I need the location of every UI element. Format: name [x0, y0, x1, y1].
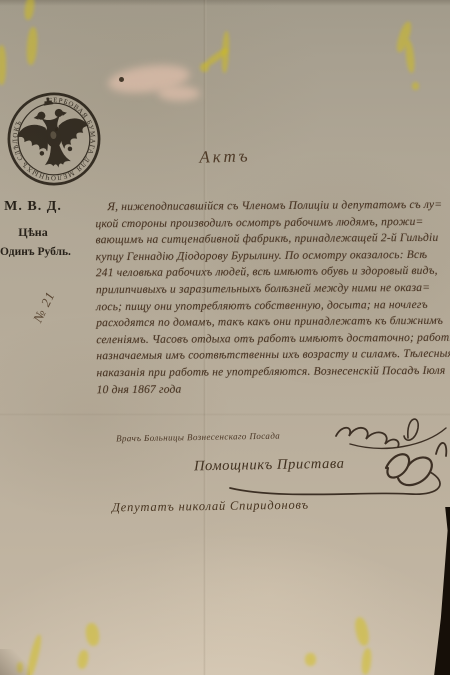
ink-speck	[119, 77, 124, 82]
paper-top-shadow	[0, 0, 450, 6]
highlight-mark	[305, 653, 316, 666]
body-text: Я, нижеподписавшійся съ Членомъ Полиціи …	[95, 197, 440, 399]
highlight-mark	[200, 63, 209, 72]
document-photo: ГЕРБОВАЯ БУМАГА ДЛЯ МЕЛОЧНЫХЪ СДѢЛОКЪ М.…	[0, 0, 450, 675]
ink-speck	[55, 128, 58, 131]
agency-abbreviation: М. В. Д.	[4, 199, 62, 215]
signature-flourishes	[200, 408, 450, 505]
assistant-signature-flourish	[386, 454, 432, 485]
document-title: Актъ	[160, 145, 290, 168]
body-line: вающимъ на ситценабивной фабрикѣ, принад…	[96, 230, 440, 249]
bottom-left-shadow	[0, 649, 30, 675]
imperial-seal-stamp: ГЕРБОВАЯ БУМАГА ДЛЯ МЕЛОЧНЫХЪ СДѢЛОКЪ	[0, 83, 110, 195]
doctor-signature-flourish	[336, 428, 399, 447]
body-line: Я, нижеподписавшійся съ Членомъ Полиціи …	[95, 197, 439, 216]
body-line: расходятся по домамъ, такъ какъ они прин…	[96, 313, 440, 332]
body-line: прилипчивыхъ и заразительныхъ болѣзней м…	[96, 280, 440, 299]
pink-smudge	[158, 86, 200, 101]
highlight-mark	[412, 82, 419, 90]
price-label: Цѣна	[4, 225, 62, 240]
body-date-line: 10 дня 1867 года	[97, 379, 441, 398]
body-line: наказанія при работѣ не употребляются. В…	[96, 363, 440, 382]
price-value: Одинъ Рубль.	[0, 246, 68, 258]
